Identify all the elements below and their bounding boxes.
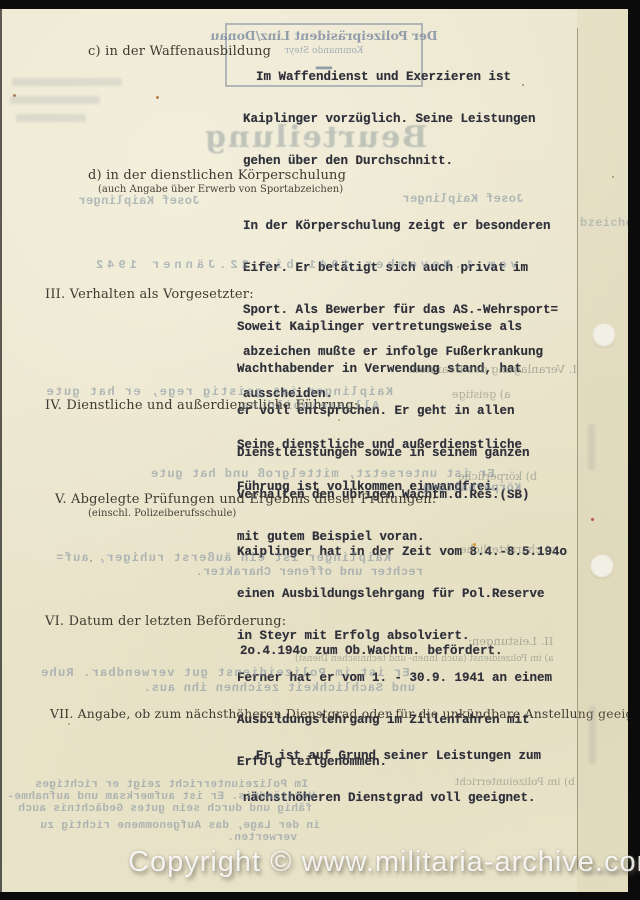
section-label-vii: VII. Angabe, ob zum nächsthöheren Dienst…	[50, 706, 640, 721]
section-label-iii: III. Verhalten als Vorgesetzter:	[45, 287, 254, 302]
typed-line: gehen über den Durchschnitt.	[243, 154, 536, 168]
section-label-v: V. Abgelegte Prüfungen und Ergebnis dies…	[55, 492, 436, 507]
bleed-label-polizeidienst: a) im Polizeidienst (auch Innen- und tec…	[295, 654, 553, 664]
scan-edge-top	[0, 0, 640, 9]
paper-speckle	[156, 96, 159, 99]
bleed-name: Josef Kaiplinger	[402, 192, 524, 206]
bleed-text: und Sachlichkeit zeichnen ihn aus.	[143, 681, 415, 695]
bleed-text: verwerten.	[227, 832, 297, 844]
typed-line: einen Ausbildungslehrgang für Pol.Reserv…	[237, 587, 567, 601]
typed-line: Kaiplinger vorzüglich. Seine Leistungen	[243, 112, 536, 126]
bleed-text: Er ist untersetzt, mittelgroß und hat gu…	[150, 467, 494, 481]
paper-speckle	[68, 723, 70, 725]
section-label-d: d) in der dienstlichen Körperschulung	[88, 168, 346, 183]
bleed-text: in der Lage, das Aufgenommene richtig zu	[40, 820, 320, 832]
bleed-name: Josef Kaiplinger	[78, 194, 200, 208]
bleed-label-polizeiunterricht: b) im Polizeiunterricht	[455, 776, 575, 788]
bleed-label-geistige: a) geistige	[452, 388, 511, 401]
bleed-text: Kaiplinger ist ein äußerst ruhiger, auf=	[55, 551, 391, 565]
paper-speckle	[13, 94, 16, 97]
paper-speckle	[338, 419, 340, 421]
paper-speckle	[522, 84, 524, 86]
bleed-heading-veranlagung: I. Veranlagung des Beamten:	[408, 362, 577, 376]
bleed-text: Er ist im Polizeidienst gut verwendbar. …	[40, 666, 410, 680]
scan-edge-right	[628, 0, 640, 900]
copyright-watermark: Copyright © www.militaria-archive.com	[128, 846, 640, 879]
bleed-text: Kaiplinger ist geistig rege, er hat gute	[45, 385, 393, 399]
bleed-text: Im Polizeiunterricht zeigt er richtiges	[35, 779, 308, 791]
bleed-text: rechter und offener Charakter.	[195, 565, 423, 579]
fold-line	[577, 28, 578, 870]
bleed-text: fähig und durch sein gutes Gedächtnis au…	[18, 803, 312, 815]
bleed-smudge	[16, 114, 86, 122]
bleed-smudge	[10, 96, 100, 104]
bleed-heading-leistungen: II. Leistungen:	[468, 634, 553, 648]
stamp-authority: Der Polizeipräsident Linz/Donau	[210, 28, 437, 43]
scan-edge-left	[0, 0, 2, 900]
typed-line: Er ist auf Grund seiner Leistungen zum	[243, 749, 541, 763]
document-page: Der Polizeipräsident Linz/Donau Kommando…	[0, 0, 640, 900]
typed-line: In der Körperschulung zeigt er besondere…	[243, 219, 558, 233]
bleed-text: Verständnis. Er ist aufmerksam und aufna…	[7, 791, 315, 803]
bleed-smudge	[12, 78, 122, 86]
fold-strip	[577, 9, 628, 892]
typed-line: Soweit Kaiplinger vertretungsweise als	[237, 320, 530, 334]
section-note-v: (einschl. Polizeiberufsschule)	[88, 508, 236, 519]
typed-line: Im Waffendienst und Exerzieren ist	[243, 70, 536, 84]
bleed-period: vom 1.November 1941 bis 22.Jänner 1942	[92, 258, 518, 272]
paper-speckle	[90, 560, 92, 562]
typed-line: Seine dienstliche und außerdienstliche	[237, 438, 522, 452]
scan-edge-bottom	[0, 892, 640, 900]
paper-speckle	[473, 543, 476, 546]
